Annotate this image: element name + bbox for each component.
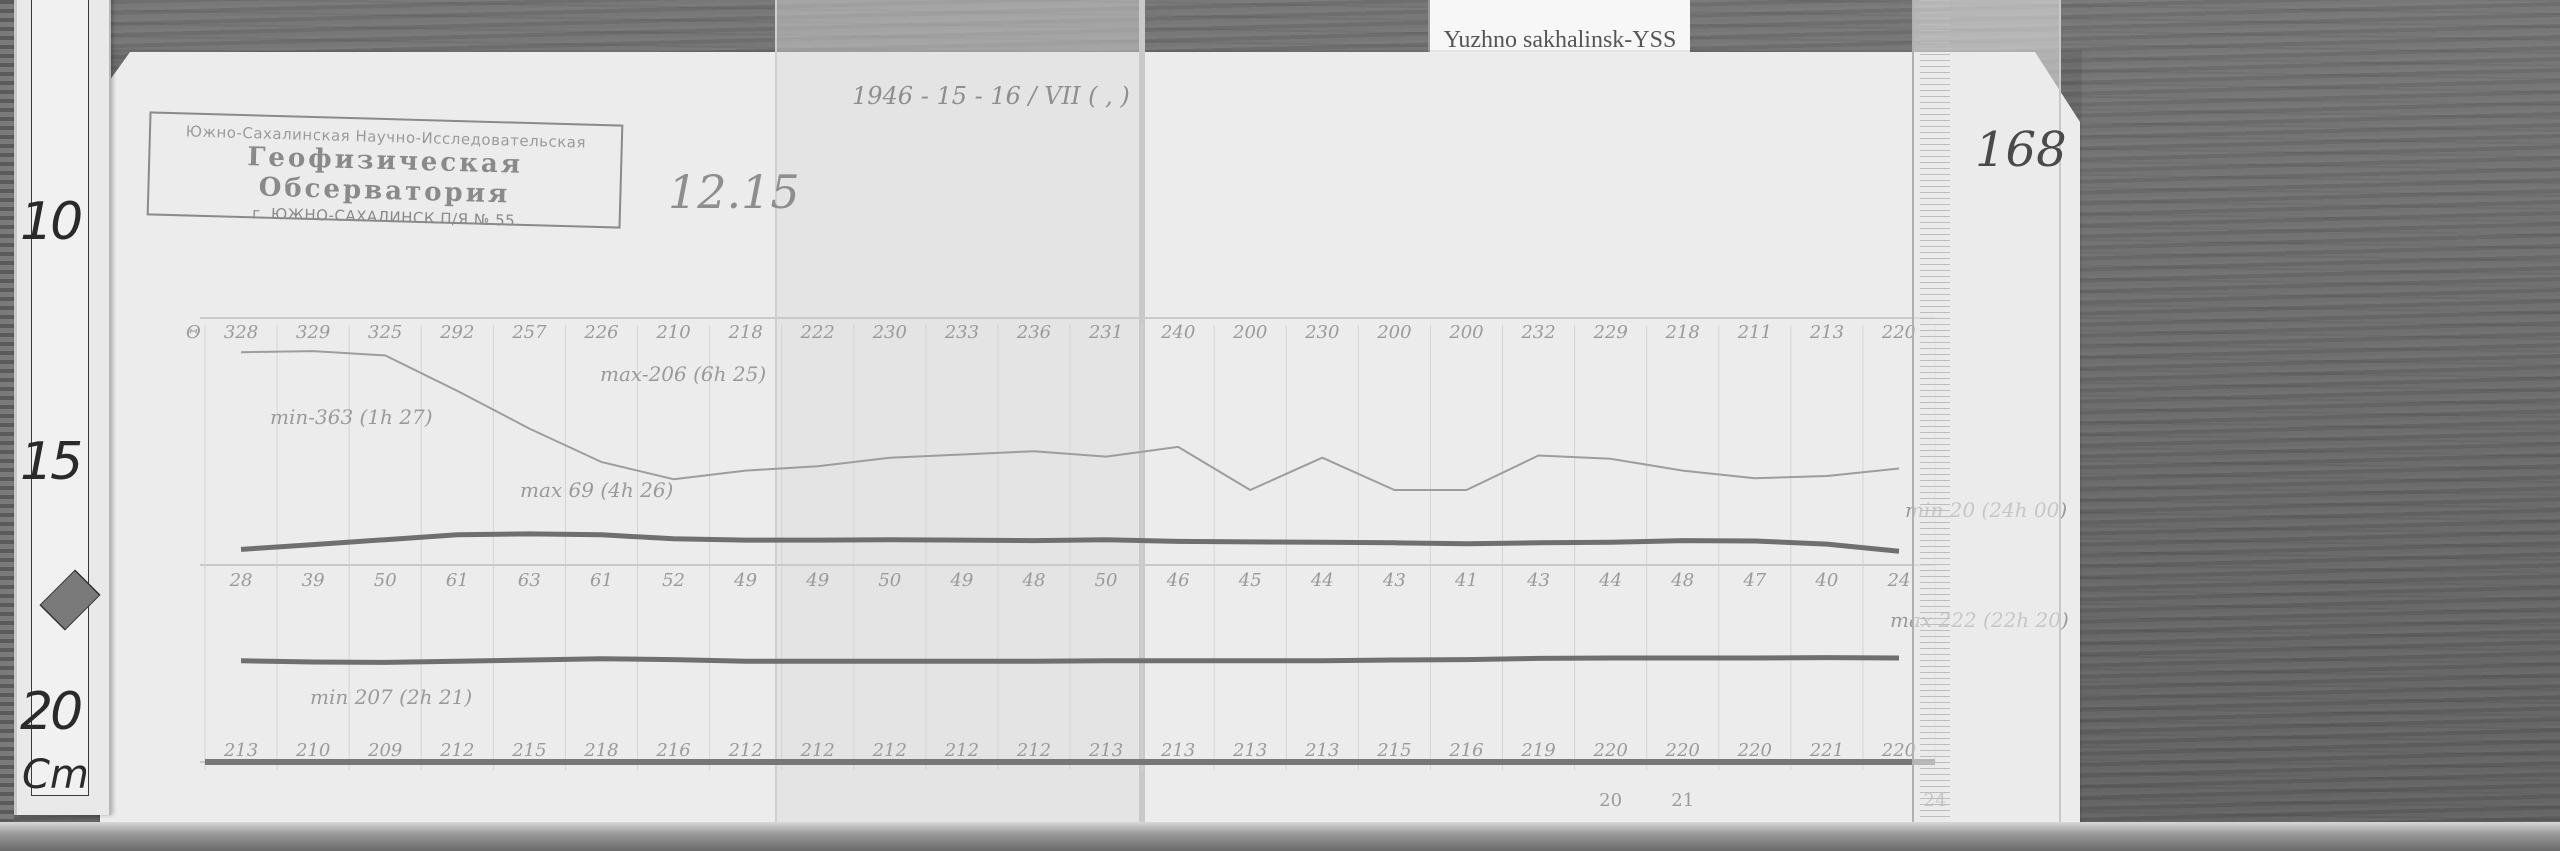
hourly-value: 200 bbox=[1233, 322, 1267, 343]
hourly-value: 218 bbox=[728, 322, 762, 343]
hour-mark: 21 bbox=[1671, 790, 1694, 811]
hourly-value: 49 bbox=[806, 570, 829, 591]
row-prefix: Θ bbox=[186, 322, 201, 343]
hourly-value: 200 bbox=[1377, 322, 1411, 343]
hourly-value: 48 bbox=[1671, 570, 1694, 591]
table-edge bbox=[0, 822, 2560, 851]
hourly-value: 218 bbox=[584, 740, 618, 761]
hourly-value: 50 bbox=[878, 570, 901, 591]
hourly-value: 257 bbox=[512, 322, 546, 343]
ruler-mark-20: 20 bbox=[20, 682, 70, 742]
hourly-value: 220 bbox=[1882, 322, 1916, 343]
hourly-value: 221 bbox=[1810, 740, 1844, 761]
hourly-value: 230 bbox=[873, 322, 907, 343]
ruler-mark-10: 10 bbox=[20, 192, 70, 252]
hourly-value: 222 bbox=[801, 322, 835, 343]
hourly-value: 49 bbox=[734, 570, 757, 591]
hourly-value: 240 bbox=[1161, 322, 1195, 343]
hourly-value: 39 bbox=[302, 570, 325, 591]
hourly-value: 233 bbox=[945, 322, 979, 343]
hourly-value: 226 bbox=[584, 322, 618, 343]
hourly-value: 213 bbox=[1233, 740, 1267, 761]
hourly-value: 212 bbox=[873, 740, 907, 761]
hourly-value: 28 bbox=[230, 570, 253, 591]
hourly-value: 44 bbox=[1311, 570, 1334, 591]
hourly-value: 215 bbox=[1377, 740, 1411, 761]
hourly-value: 213 bbox=[1305, 740, 1339, 761]
hourly-value: 212 bbox=[728, 740, 762, 761]
hourly-value: 213 bbox=[1161, 740, 1195, 761]
hourly-value: 213 bbox=[1810, 322, 1844, 343]
hourly-value: 211 bbox=[1738, 322, 1772, 343]
hourly-value: 213 bbox=[224, 740, 258, 761]
hourly-value: 209 bbox=[368, 740, 402, 761]
hourly-value: 46 bbox=[1167, 570, 1190, 591]
hourly-value: 50 bbox=[374, 570, 397, 591]
hourly-value: 48 bbox=[1023, 570, 1046, 591]
hourly-value: 40 bbox=[1815, 570, 1838, 591]
hourly-value: 63 bbox=[518, 570, 541, 591]
hourly-value: 212 bbox=[801, 740, 835, 761]
hourly-value: 220 bbox=[1738, 740, 1772, 761]
hourly-value: 229 bbox=[1593, 322, 1627, 343]
hourly-value: 61 bbox=[590, 570, 613, 591]
hourly-value: 210 bbox=[296, 740, 330, 761]
hourly-value: 216 bbox=[656, 740, 690, 761]
hourly-value: 328 bbox=[224, 322, 258, 343]
hourly-value: 43 bbox=[1527, 570, 1550, 591]
trace-annotation: min 207 (2h 21) bbox=[310, 685, 472, 709]
hourly-value: 218 bbox=[1666, 322, 1700, 343]
hourly-value: 236 bbox=[1017, 322, 1051, 343]
hourly-value: 220 bbox=[1593, 740, 1627, 761]
hourly-value: 292 bbox=[440, 322, 474, 343]
hourly-value: 212 bbox=[945, 740, 979, 761]
hourly-value: 45 bbox=[1239, 570, 1262, 591]
hourly-value: 329 bbox=[296, 322, 330, 343]
hourly-value: 43 bbox=[1383, 570, 1406, 591]
trace-annotation: min-363 (1h 27) bbox=[270, 405, 433, 429]
hourly-value: 47 bbox=[1743, 570, 1766, 591]
hourly-value: 213 bbox=[1089, 740, 1123, 761]
hourly-value: 216 bbox=[1449, 740, 1483, 761]
hourly-value: 41 bbox=[1455, 570, 1478, 591]
hourly-value: 219 bbox=[1521, 740, 1555, 761]
hour-mark: 20 bbox=[1599, 790, 1622, 811]
hourly-value: 232 bbox=[1521, 322, 1555, 343]
hourly-value: 325 bbox=[368, 322, 402, 343]
hourly-value: 231 bbox=[1089, 322, 1123, 343]
trace-annotation: max 69 (4h 26) bbox=[520, 478, 673, 502]
hourly-value: 24 bbox=[1888, 570, 1911, 591]
hourly-value: 212 bbox=[440, 740, 474, 761]
hourly-value: 50 bbox=[1095, 570, 1118, 591]
ruler-mark-15: 15 bbox=[20, 432, 70, 492]
hourly-value: 210 bbox=[656, 322, 690, 343]
hourly-value: 52 bbox=[662, 570, 685, 591]
hourly-value: 212 bbox=[1017, 740, 1051, 761]
page-number: 168 bbox=[1975, 122, 2067, 178]
ruler-unit: Cm bbox=[22, 752, 78, 798]
hourly-value: 230 bbox=[1305, 322, 1339, 343]
hourly-value: 220 bbox=[1882, 740, 1916, 761]
hourly-value: 215 bbox=[512, 740, 546, 761]
hourly-value: 220 bbox=[1666, 740, 1700, 761]
hourly-value: 200 bbox=[1449, 322, 1483, 343]
hourly-value: 61 bbox=[446, 570, 469, 591]
trace-annotation: max-206 (6h 25) bbox=[600, 362, 766, 386]
hourly-value: 49 bbox=[950, 570, 973, 591]
hourly-value: 44 bbox=[1599, 570, 1622, 591]
